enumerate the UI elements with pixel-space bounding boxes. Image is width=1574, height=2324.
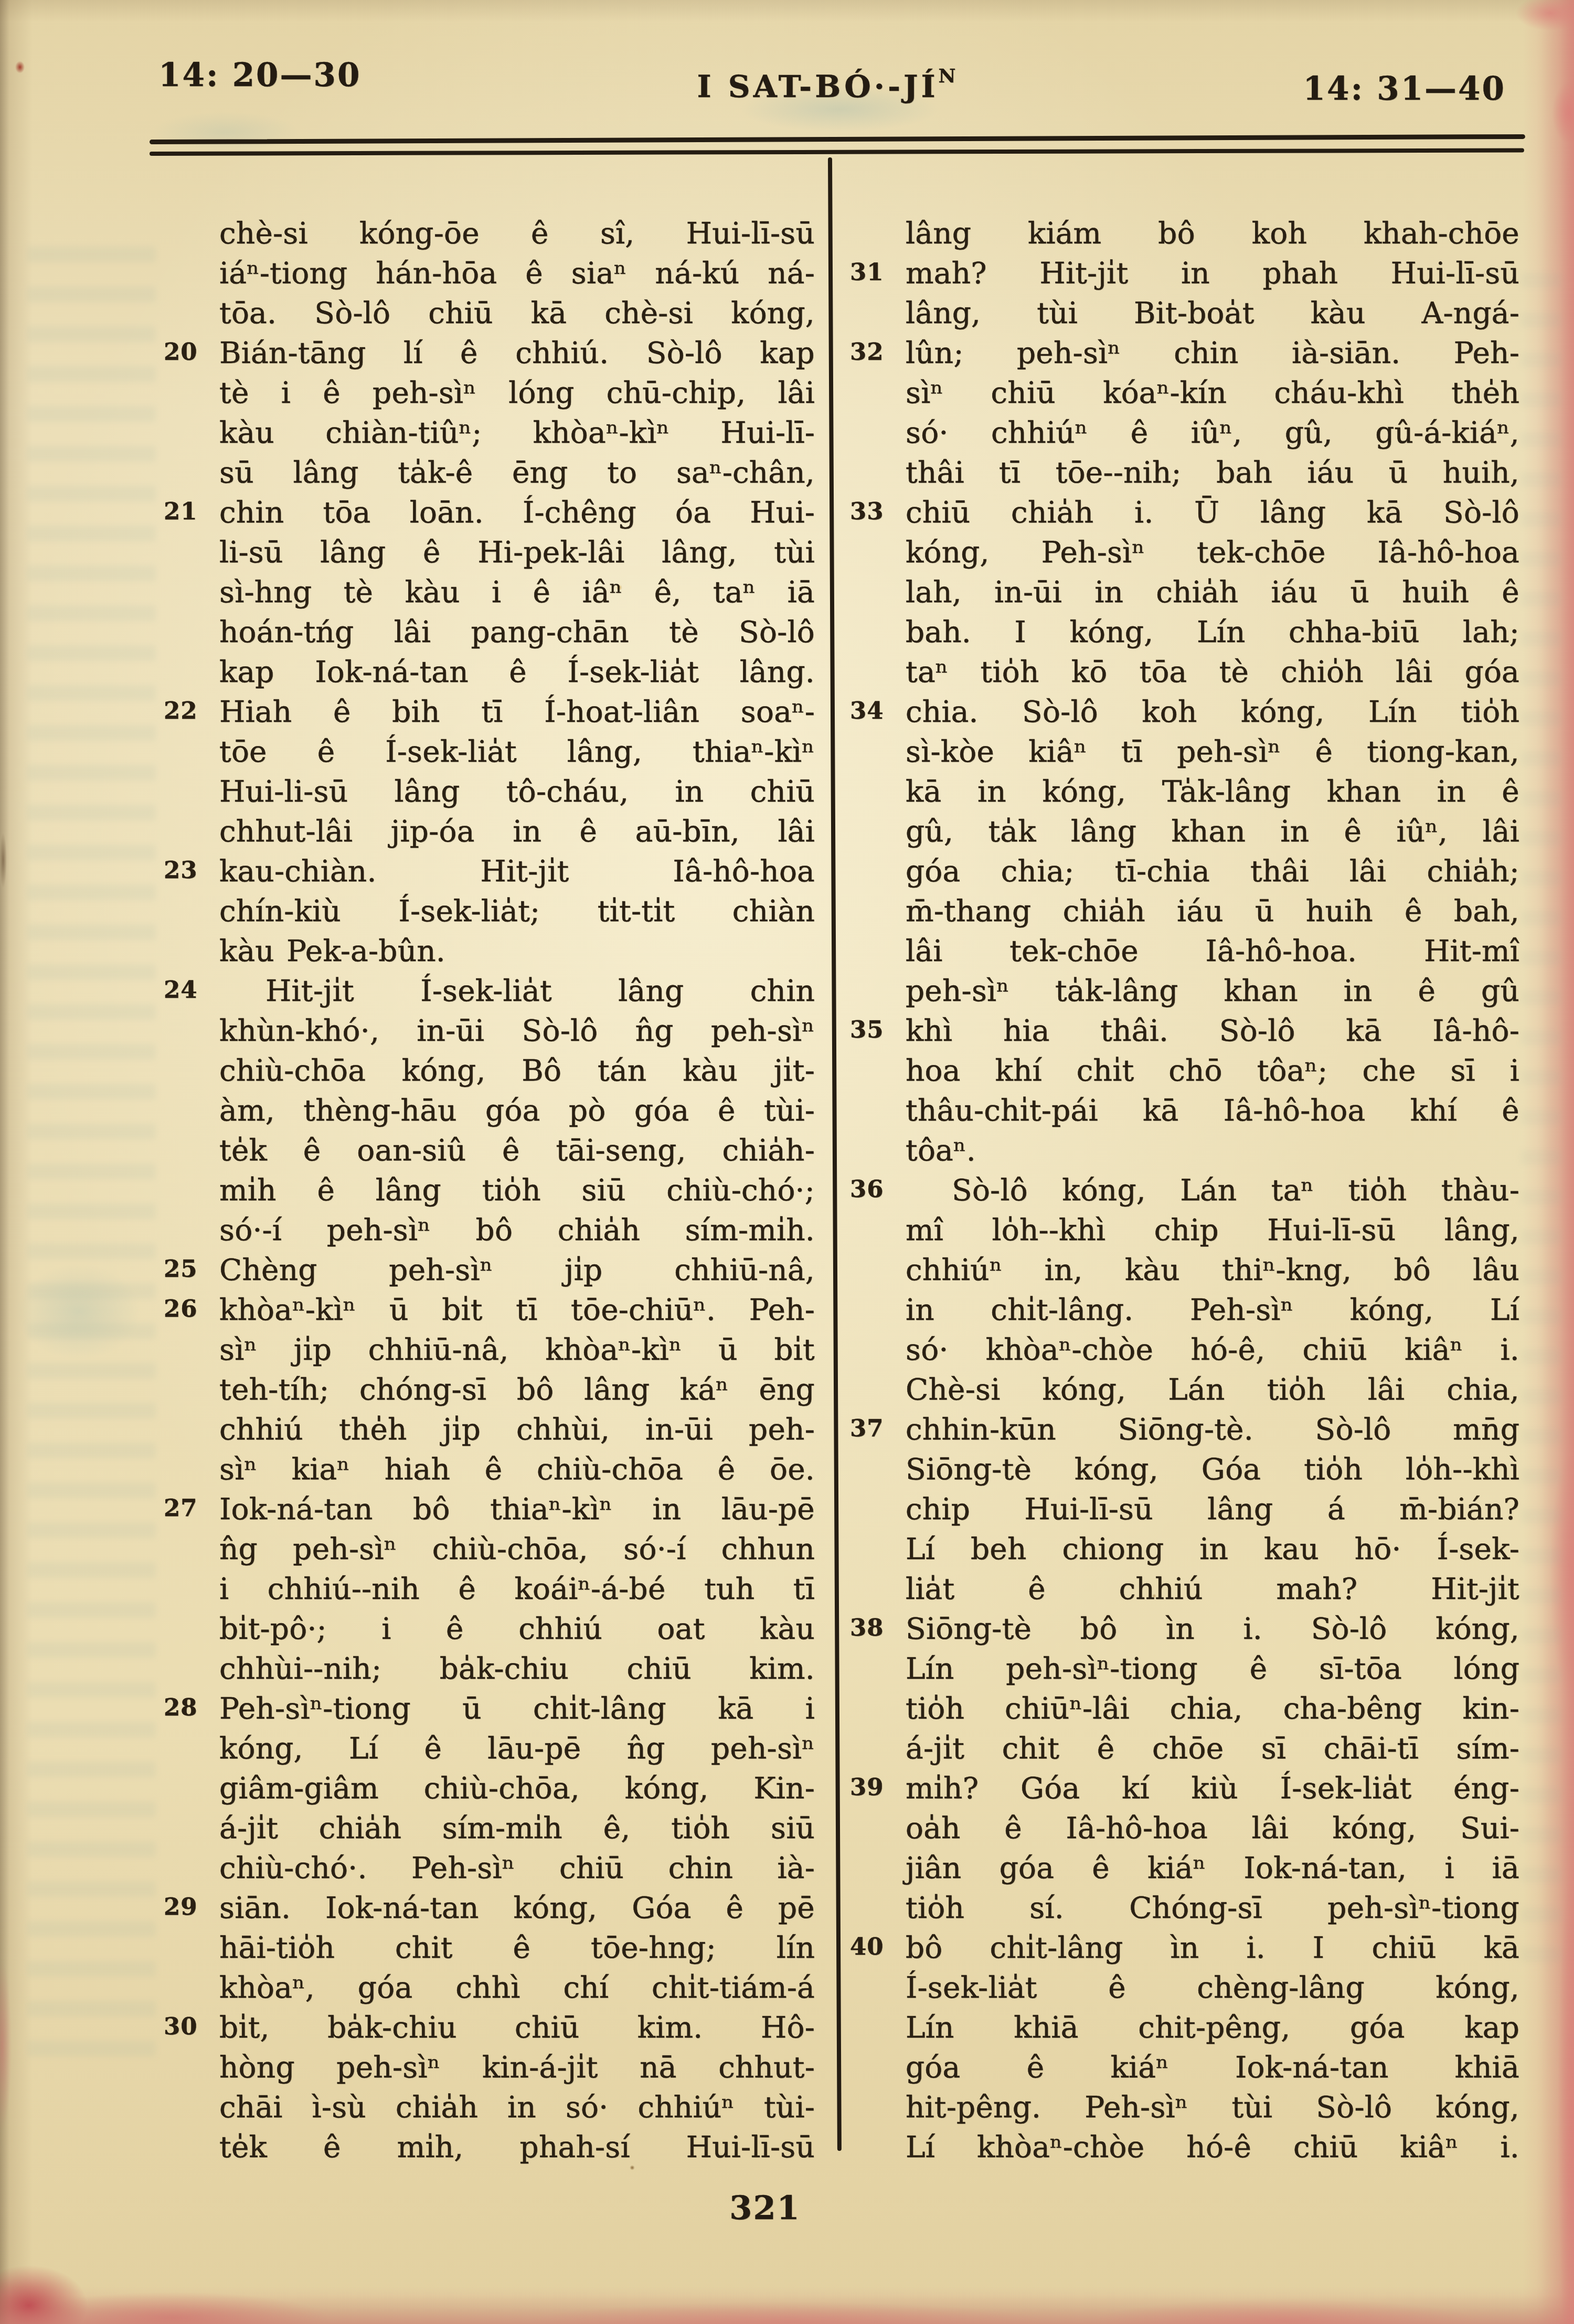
text-line: Chè-si kóng, Lán tio̍h lâi chia,: [906, 1370, 1519, 1410]
text-line: Lín khiā chit-pêng, góa kap: [906, 2008, 1519, 2048]
verse-number: 30: [164, 2011, 212, 2042]
text-line: te̍k ê oan-siû ê tāi-seng, chia̍h-: [219, 1131, 815, 1171]
text-line: kap Iok-ná-tan ê Í-sek-lia̍t lâng.: [219, 653, 815, 692]
text-line: 25Chèng peh-sìⁿ ji̍p chhiū-nâ,: [219, 1251, 815, 1291]
verse-text: tè i ê peh-sìⁿ lóng chū-chi̍p, lâi: [219, 376, 815, 410]
verse-text: mi̍h? Góa kí kiù Í-sek-lia̍t éng-: [906, 1772, 1519, 1806]
verse-text: chāi ì-sù chia̍h in só· chhiúⁿ tùi-: [219, 2091, 815, 2125]
verse-text: á-ji̍t chia̍h sím-mi̍h ê, tio̍h siū: [219, 1811, 815, 1846]
verse-text: lia̍t ê chhiú mah? Hit-ji̍t: [906, 1572, 1519, 1606]
verse-text: sìⁿ chiū kóaⁿ-kín cháu-khì the̍h: [906, 376, 1519, 410]
left-column-text: chè-si kóng-ōe ê sî, Hui-lī-sūiáⁿ-tiong …: [219, 214, 815, 2168]
verse-text: sìⁿ ji̍p chhiū-nâ, khòaⁿ-kìⁿ ū bi̍t: [219, 1333, 815, 1367]
text-line: 35khì hia thâi. Sò-lô kā Iâ-hô-: [906, 1011, 1519, 1051]
verse-text: tio̍h sí. Chóng-sī peh-sìⁿ-tiong: [906, 1891, 1519, 1925]
verse-text: bô chi̍t-lâng ìn i. I chiū kā: [906, 1931, 1519, 1965]
showthrough-ghost-text-left: [27, 247, 156, 2062]
text-line: chāi ì-sù chia̍h in só· chhiúⁿ tùi-: [219, 2088, 815, 2128]
verse-text: khì hia thâi. Sò-lô kā Iâ-hô-: [906, 1014, 1519, 1048]
verse-number: 35: [850, 1014, 898, 1046]
text-line: i chhiú--nih ê koáiⁿ-á-bé tuh tī: [219, 1570, 815, 1609]
verse-text: tio̍h chiūⁿ-lâi chia, cha-bêng kin-: [906, 1692, 1519, 1726]
text-line: jiân góa ê kiáⁿ Iok-ná-tan, i iā: [906, 1849, 1519, 1889]
text-line: bi̍t-pô·; i ê chhiú oat kàu: [219, 1609, 815, 1649]
text-line: kóng, Lí ê lāu-pē n̂g peh-sìⁿ: [219, 1729, 815, 1769]
verse-number: 36: [850, 1174, 898, 1205]
scanned-page: 14: 20—30 I SAT-BÓ·-JÍN 14: 31—40 chè-si…: [0, 0, 1574, 2324]
verse-number: 33: [850, 496, 898, 527]
text-line: 30bi̍t, ba̍k-chiu chiū kim. Hô-: [219, 2008, 815, 2048]
verse-number: 40: [850, 1931, 898, 1963]
header-verse-range-left: 14: 20—30: [158, 57, 361, 94]
text-line: tōe ê Í-sek-lia̍t lâng, thiaⁿ-kìⁿ: [219, 732, 815, 772]
text-line: teh-tíh; chóng-sī bô lâng káⁿ ēng: [219, 1370, 815, 1410]
verse-number: 31: [850, 257, 898, 288]
text-line: 22Hiah ê bih tī Í-hoat-liân soaⁿ-: [219, 692, 815, 732]
text-line: gû, ta̍k lâng khan in ê iûⁿ, lâi: [906, 812, 1519, 852]
verse-text: Chèng peh-sìⁿ ji̍p chhiū-nâ,: [219, 1253, 815, 1287]
verse-text: chiū chia̍h i. Ū lâng kā Sò-lô: [906, 496, 1519, 530]
verse-text: li-sū lâng ê Hi-pek-lâi lâng, tùi: [219, 536, 815, 570]
verse-number: 38: [850, 1612, 898, 1644]
verse-text: tōe ê Í-sek-lia̍t lâng, thiaⁿ-kìⁿ: [219, 735, 815, 769]
header-book-title: I SAT-BÓ·-JÍN: [603, 65, 1049, 104]
text-line: Hui-li-sū lâng tô-cháu, in chiū: [219, 772, 815, 812]
verse-number: 27: [164, 1493, 212, 1524]
text-line: 40bô chi̍t-lâng ìn i. I chiū kā: [906, 1928, 1519, 1968]
right-column-text: lâng kiám bô koh khah-chōe31mah? Hit-ji̍…: [906, 214, 1519, 2168]
text-line: iáⁿ-tiong hán-hōa ê siaⁿ ná-kú ná-: [219, 254, 815, 294]
text-line: tio̍h chiūⁿ-lâi chia, cha-bêng kin-: [906, 1689, 1519, 1729]
text-line: thâu-chi̍t-pái kā Iâ-hô-hoa khí ê: [906, 1091, 1519, 1131]
verse-text: chín-kiù Í-sek-lia̍t; ti̍t-ti̍t chiàn: [219, 894, 815, 929]
verse-text: giâm-giâm chiù-chōa, kóng, Kin-: [219, 1772, 815, 1806]
text-line: 39mi̍h? Góa kí kiù Í-sek-lia̍t éng-: [906, 1769, 1519, 1809]
verse-text: kā in kóng, Ta̍k-lâng khan in ê: [906, 775, 1519, 809]
text-line: tōa. Sò-lô chiū kā chè-si kóng,: [219, 294, 815, 334]
text-line: taⁿ tio̍h kō tōa tè chio̍h lâi góa: [906, 653, 1519, 692]
verse-text: chè-si kóng-ōe ê sî, Hui-lī-sū: [219, 217, 815, 251]
text-line: m̄-thang chia̍h iáu ū huih ê bah,: [906, 892, 1519, 932]
verse-text: sū lâng ta̍k-ê ēng to saⁿ-chân,: [219, 456, 815, 490]
text-line: hoa khí chi̍t chō tôaⁿ; che sī i: [906, 1051, 1519, 1091]
verse-text: góa ê kiáⁿ Iok-ná-tan khiā: [906, 2051, 1519, 2085]
verse-text: á-ji̍t chit ê chōe sī chāi-tī sím-: [906, 1732, 1519, 1766]
text-line: 31mah? Hit-ji̍t in phah Hui-lī-sū: [906, 254, 1519, 294]
text-line: chip Hui-lī-sū lâng á m̄-bián?: [906, 1490, 1519, 1530]
verse-text: Lín peh-sìⁿ-tiong ê sī-tōa lóng: [906, 1652, 1519, 1686]
verse-text: lâi tek-chōe Iâ-hô-hoa. Hit-mî: [906, 934, 1519, 968]
verse-text: góa chia; tī-chia thâi lâi chia̍h;: [906, 855, 1519, 889]
verse-text: Iok-ná-tan bô thiaⁿ-kìⁿ in lāu-pē: [219, 1493, 815, 1527]
verse-text: àm, thèng-hāu góa pò góa ê tùi-: [219, 1094, 815, 1128]
verse-text: peh-sìⁿ ta̍k-lâng khan in ê gû: [906, 974, 1519, 1008]
text-line: chiù-chōa kóng, Bô tán kàu ji̍t-: [219, 1051, 815, 1091]
verse-text: te̍k ê oan-siû ê tāi-seng, chia̍h-: [219, 1134, 815, 1168]
verse-text: kau-chiàn. Hit-ji̍t Iâ-hô-hoa: [219, 855, 815, 889]
verse-text: Peh-sìⁿ-tiong ū chi̍t-lâng kā i: [219, 1692, 815, 1726]
verse-text: chhiúⁿ in, kàu thiⁿ-kng, bô lâu: [906, 1253, 1519, 1287]
text-line: kóng, Peh-sìⁿ tek-chōe Iâ-hô-hoa: [906, 533, 1519, 573]
text-line: 23kau-chiàn. Hit-ji̍t Iâ-hô-hoa: [219, 852, 815, 892]
verse-text: mi̍h ê lâng tio̍h siū chiù-chó·;: [219, 1174, 815, 1208]
verse-text: chhin-kūn Siōng-tè. Sò-lô mn̄g: [906, 1413, 1519, 1447]
text-line: sìⁿ chiū kóaⁿ-kín cháu-khì the̍h: [906, 374, 1519, 413]
text-line: kàu Pek-a-bûn.: [219, 932, 815, 972]
text-line: kā in kóng, Ta̍k-lâng khan in ê: [906, 772, 1519, 812]
text-line: tio̍h sí. Chóng-sī peh-sìⁿ-tiong: [906, 1889, 1519, 1928]
verse-text: Sò-lô kóng, Lán taⁿ tio̍h thàu-: [952, 1174, 1519, 1208]
verse-text: lâng kiám bô koh khah-chōe: [906, 217, 1519, 251]
verse-text: mah? Hit-ji̍t in phah Hui-lī-sū: [906, 257, 1519, 291]
verse-text: Siōng-tè kóng, Góa tio̍h lo̍h--khì: [906, 1453, 1519, 1487]
text-line: lâng, tùi Bit-boa̍t kàu A-ngá-: [906, 294, 1519, 334]
verse-number: 32: [850, 336, 898, 368]
text-line: in chi̍t-lâng. Peh-sìⁿ kóng, Lí: [906, 1291, 1519, 1330]
text-line: tôaⁿ.: [906, 1131, 1519, 1171]
text-line: 32lûn; peh-sìⁿ chin ià-siān. Peh-: [906, 334, 1519, 374]
verse-text: chhut-lâi jip-óa in ê aū-bīn, lâi: [219, 815, 815, 849]
verse-text: bah. I kóng, Lín chha-biū lah;: [906, 615, 1519, 649]
text-line: hit-pêng. Peh-sìⁿ tùi Sò-lô kóng,: [906, 2088, 1519, 2128]
text-line: peh-sìⁿ ta̍k-lâng khan in ê gû: [906, 972, 1519, 1011]
verse-text: thâi tī tōe--nih; bah iáu ū huih,: [906, 456, 1519, 490]
page-number: 321: [712, 2189, 817, 2227]
text-line: chhiúⁿ in, kàu thiⁿ-kng, bô lâu: [906, 1251, 1519, 1291]
text-line: 33chiū chia̍h i. Ū lâng kā Sò-lô: [906, 493, 1519, 533]
text-line: Lín peh-sìⁿ-tiong ê sī-tōa lóng: [906, 1649, 1519, 1689]
text-line: hoán-tńg lâi pang-chān tè Sò-lô: [219, 613, 815, 653]
verse-number: 22: [164, 695, 212, 727]
verse-text: só· chhiúⁿ ê iûⁿ, gû, gû-á-kiáⁿ,: [906, 416, 1519, 450]
text-line: góa chia; tī-chia thâi lâi chia̍h;: [906, 852, 1519, 892]
text-line: á-ji̍t chia̍h sím-mi̍h ê, tio̍h siū: [219, 1809, 815, 1849]
verse-text: Lín khiā chit-pêng, góa kap: [906, 2011, 1519, 2045]
text-line: 27Iok-ná-tan bô thiaⁿ-kìⁿ in lāu-pē: [219, 1490, 815, 1530]
verse-text: tôaⁿ.: [906, 1134, 976, 1168]
text-line: giâm-giâm chiù-chōa, kóng, Kin-: [219, 1769, 815, 1809]
text-line: 36Sò-lô kóng, Lán taⁿ tio̍h thàu-: [906, 1171, 1519, 1211]
verse-number: 39: [850, 1772, 898, 1803]
text-line: sì-hng tè kàu i ê iâⁿ ê, taⁿ iā: [219, 573, 815, 613]
verse-text: hāi-tio̍h chit ê tōe-hng; lín: [219, 1931, 815, 1965]
verse-text: Siōng-tè bô ìn i. Sò-lô kóng,: [906, 1612, 1519, 1646]
text-line: thâi tī tōe--nih; bah iáu ū huih,: [906, 453, 1519, 493]
verse-text: iáⁿ-tiong hán-hōa ê siaⁿ ná-kú ná-: [219, 257, 815, 291]
verse-text: hit-pêng. Peh-sìⁿ tùi Sò-lô kóng,: [906, 2091, 1519, 2125]
verse-text: tōa. Sò-lô chiū kā chè-si kóng,: [219, 296, 815, 331]
verse-text: jiân góa ê kiáⁿ Iok-ná-tan, i iā: [906, 1851, 1519, 1885]
text-line: khùn-khó·, in-ūi Sò-lô n̂g peh-sìⁿ: [219, 1011, 815, 1051]
text-line: só· khòaⁿ-chòe hó-ê, chiū kiâⁿ i.: [906, 1330, 1519, 1370]
text-line: hòng peh-sìⁿ kin-á-ji̍t nā chhut-: [219, 2048, 815, 2088]
text-line: kàu chiàn-tiûⁿ; khòaⁿ-kìⁿ Hui-lī-: [219, 413, 815, 453]
verse-text: kàu Pek-a-bûn.: [219, 934, 445, 968]
text-line: hāi-tio̍h chit ê tōe-hng; lín: [219, 1928, 815, 1968]
verse-text: i chhiú--nih ê koáiⁿ-á-bé tuh tī: [219, 1572, 815, 1606]
verse-text: thâu-chi̍t-pái kā Iâ-hô-hoa khí ê: [906, 1094, 1519, 1128]
verse-text: kap Iok-ná-tan ê Í-sek-lia̍t lâng.: [219, 655, 815, 689]
text-line: mi̍h ê lâng tio̍h siū chiù-chó·;: [219, 1171, 815, 1211]
verse-text: hoa khí chi̍t chō tôaⁿ; che sī i: [906, 1054, 1519, 1088]
text-line: lâng kiám bô koh khah-chōe: [906, 214, 1519, 254]
verse-text: lâng, tùi Bit-boa̍t kàu A-ngá-: [906, 296, 1519, 331]
verse-text: chia. Sò-lô koh kóng, Lín tio̍h: [906, 695, 1519, 729]
text-line: 26khòaⁿ-kìⁿ ū bi̍t tī tōe-chiūⁿ. Peh-: [219, 1291, 815, 1330]
text-line: khòaⁿ, góa chhì chí chi̍t-tiám-á: [219, 1968, 815, 2008]
text-line: mî lo̍h--khì chip Hui-lī-sū lâng,: [906, 1211, 1519, 1251]
text-line: sì-kòe kiâⁿ tī peh-sìⁿ ê tiong-kan,: [906, 732, 1519, 772]
verse-text: chin tōa loān. Í-chêng óa Hui-: [219, 496, 815, 530]
verse-text: taⁿ tio̍h kō tōa tè chio̍h lâi góa: [906, 655, 1519, 689]
verse-text: chhiú the̍h ji̍p chhùi, in-ūi peh-: [219, 1413, 815, 1447]
verse-number: 28: [164, 1692, 212, 1723]
verse-number: 20: [164, 336, 212, 368]
text-line: 37chhin-kūn Siōng-tè. Sò-lô mn̄g: [906, 1410, 1519, 1450]
text-line: sū lâng ta̍k-ê ēng to saⁿ-chân,: [219, 453, 815, 493]
text-line: n̂g peh-sìⁿ chiù-chōa, só·-í chhun: [219, 1530, 815, 1570]
verse-text: Lí khòaⁿ-chòe hó-ê chiū kiâⁿ i.: [906, 2130, 1519, 2165]
verse-text: lah, in-ūi in chia̍h iáu ū huih ê: [906, 575, 1519, 610]
verse-text: Lí beh chiong in kau hō· Í-sek-: [906, 1532, 1519, 1566]
text-line: chè-si kóng-ōe ê sî, Hui-lī-sū: [219, 214, 815, 254]
text-line: lâi tek-chōe Iâ-hô-hoa. Hit-mî: [906, 932, 1519, 972]
verse-text: sì-hng tè kàu i ê iâⁿ ê, taⁿ iā: [219, 575, 815, 610]
verse-text: mî lo̍h--khì chip Hui-lī-sū lâng,: [906, 1213, 1519, 1248]
verse-text: khùn-khó·, in-ūi Sò-lô n̂g peh-sìⁿ: [219, 1014, 815, 1048]
verse-text: chiù-chōa kóng, Bô tán kàu ji̍t-: [219, 1054, 815, 1088]
text-line: te̍k ê mi̍h, phah-sí Hui-lī-sū: [219, 2128, 815, 2168]
verse-text: Í-sek-lia̍t ê chèng-lâng kóng,: [906, 1971, 1519, 2005]
text-line: oa̍h ê Iâ-hô-hoa lâi kóng, Sui-: [906, 1809, 1519, 1849]
verse-text: te̍k ê mi̍h, phah-sí Hui-lī-sū: [219, 2130, 815, 2165]
verse-number: 29: [164, 1891, 212, 1923]
text-line: Lí beh chiong in kau hō· Í-sek-: [906, 1530, 1519, 1570]
text-line: àm, thèng-hāu góa pò góa ê tùi-: [219, 1091, 815, 1131]
text-line: tè i ê peh-sìⁿ lóng chū-chi̍p, lâi: [219, 374, 815, 413]
text-line: sìⁿ kiaⁿ hiah ê chiù-chōa ê ōe.: [219, 1450, 815, 1490]
verse-number: 37: [850, 1413, 898, 1444]
verse-text: hoán-tńg lâi pang-chān tè Sò-lô: [219, 615, 815, 649]
verse-text: hòng peh-sìⁿ kin-á-ji̍t nā chhut-: [219, 2051, 815, 2085]
header-title-superscript-n: N: [939, 65, 956, 87]
text-line: 28Peh-sìⁿ-tiong ū chi̍t-lâng kā i: [219, 1689, 815, 1729]
verse-text: khòaⁿ-kìⁿ ū bi̍t tī tōe-chiūⁿ. Peh-: [219, 1293, 815, 1327]
verse-number: 25: [164, 1253, 212, 1285]
verse-text: lûn; peh-sìⁿ chin ià-siān. Peh-: [906, 336, 1519, 370]
text-line: lia̍t ê chhiú mah? Hit-ji̍t: [906, 1570, 1519, 1609]
text-line: 20Bián-tāng lí ê chhiú. Sò-lô kap: [219, 334, 815, 374]
header-rule-bottom: [150, 148, 1524, 156]
text-line: Í-sek-lia̍t ê chèng-lâng kóng,: [906, 1968, 1519, 2008]
verse-text: Bián-tāng lí ê chhiú. Sò-lô kap: [219, 336, 815, 370]
verse-text: oa̍h ê Iâ-hô-hoa lâi kóng, Sui-: [906, 1811, 1519, 1846]
text-line: bah. I kóng, Lín chha-biū lah;: [906, 613, 1519, 653]
text-line: 24Hit-ji̍t Í-sek-lia̍t lâng chin: [219, 972, 815, 1011]
verse-number: 26: [164, 1293, 212, 1325]
verse-text: Hui-li-sū lâng tô-cháu, in chiū: [219, 775, 815, 809]
verse-number: 21: [164, 496, 212, 527]
text-line: 21chin tōa loān. Í-chêng óa Hui-: [219, 493, 815, 533]
text-line: á-ji̍t chit ê chōe sī chāi-tī sím-: [906, 1729, 1519, 1769]
verse-text: só· khòaⁿ-chòe hó-ê, chiū kiâⁿ i.: [906, 1333, 1519, 1367]
verse-text: siān. Iok-ná-tan kóng, Góa ê pē: [219, 1891, 815, 1925]
verse-number: 34: [850, 695, 898, 727]
verse-text: Chè-si kóng, Lán tio̍h lâi chia,: [906, 1373, 1519, 1407]
text-line: lah, in-ūi in chia̍h iáu ū huih ê: [906, 573, 1519, 613]
verse-text: chiù-chó·. Peh-sìⁿ chiū chin ià-: [219, 1851, 815, 1885]
verse-text: sìⁿ kiaⁿ hiah ê chiù-chōa ê ōe.: [219, 1453, 815, 1487]
text-line: Lí khòaⁿ-chòe hó-ê chiū kiâⁿ i.: [906, 2128, 1519, 2168]
verse-text: m̄-thang chia̍h iáu ū huih ê bah,: [906, 894, 1519, 929]
verse-text: chhùi--nih; ba̍k-chiu chiū kim.: [219, 1652, 815, 1686]
text-line: só·-í peh-sìⁿ bô chia̍h sím-mi̍h.: [219, 1211, 815, 1251]
verse-text: Hiah ê bih tī Í-hoat-liân soaⁿ-: [219, 695, 815, 729]
text-line: só· chhiúⁿ ê iûⁿ, gû, gû-á-kiáⁿ,: [906, 413, 1519, 453]
text-line: chín-kiù Í-sek-lia̍t; ti̍t-ti̍t chiàn: [219, 892, 815, 932]
text-line: chhut-lâi jip-óa in ê aū-bīn, lâi: [219, 812, 815, 852]
text-line: góa ê kiáⁿ Iok-ná-tan khiā: [906, 2048, 1519, 2088]
text-line: chiù-chó·. Peh-sìⁿ chiū chin ià-: [219, 1849, 815, 1889]
header-book-title-text: I SAT-BÓ·-JÍ: [697, 69, 938, 104]
text-line: Siōng-tè kóng, Góa tio̍h lo̍h--khì: [906, 1450, 1519, 1490]
verse-text: gû, ta̍k lâng khan in ê iûⁿ, lâi: [906, 815, 1519, 849]
verse-text: in chi̍t-lâng. Peh-sìⁿ kóng, Lí: [906, 1293, 1519, 1327]
verse-text: kàu chiàn-tiûⁿ; khòaⁿ-kìⁿ Hui-lī-: [219, 416, 815, 450]
verse-text: sì-kòe kiâⁿ tī peh-sìⁿ ê tiong-kan,: [906, 735, 1519, 769]
text-line: li-sū lâng ê Hi-pek-lâi lâng, tùi: [219, 533, 815, 573]
text-line: 29siān. Iok-ná-tan kóng, Góa ê pē: [219, 1889, 815, 1928]
verse-text: bi̍t-pô·; i ê chhiú oat kàu: [219, 1612, 815, 1646]
verse-text: só·-í peh-sìⁿ bô chia̍h sím-mi̍h.: [219, 1213, 815, 1248]
header-rule-top: [150, 134, 1525, 144]
text-line: chhiú the̍h ji̍p chhùi, in-ūi peh-: [219, 1410, 815, 1450]
text-line: 38Siōng-tè bô ìn i. Sò-lô kóng,: [906, 1609, 1519, 1649]
verse-text: bi̍t, ba̍k-chiu chiū kim. Hô-: [219, 2011, 815, 2045]
verse-number: 23: [164, 855, 212, 886]
verse-text: Hit-ji̍t Í-sek-lia̍t lâng chin: [265, 974, 815, 1008]
verse-text: kóng, Lí ê lāu-pē n̂g peh-sìⁿ: [219, 1732, 815, 1766]
verse-text: kóng, Peh-sìⁿ tek-chōe Iâ-hô-hoa: [906, 536, 1519, 570]
text-line: sìⁿ ji̍p chhiū-nâ, khòaⁿ-kìⁿ ū bi̍t: [219, 1330, 815, 1370]
verse-text: teh-tíh; chóng-sī bô lâng káⁿ ēng: [219, 1373, 815, 1407]
text-line: chhùi--nih; ba̍k-chiu chiū kim.: [219, 1649, 815, 1689]
header-verse-range-right: 14: 31—40: [1222, 70, 1506, 108]
verse-text: khòaⁿ, góa chhì chí chi̍t-tiám-á: [219, 1971, 815, 2005]
verse-number: 24: [164, 974, 212, 1006]
verse-text: chip Hui-lī-sū lâng á m̄-bián?: [906, 1493, 1519, 1527]
text-line: 34chia. Sò-lô koh kóng, Lín tio̍h: [906, 692, 1519, 732]
column-divider-rule: [828, 157, 842, 2151]
showthrough-ghost-text-right: [1520, 273, 1561, 1978]
verse-text: n̂g peh-sìⁿ chiù-chōa, só·-í chhun: [219, 1532, 815, 1566]
